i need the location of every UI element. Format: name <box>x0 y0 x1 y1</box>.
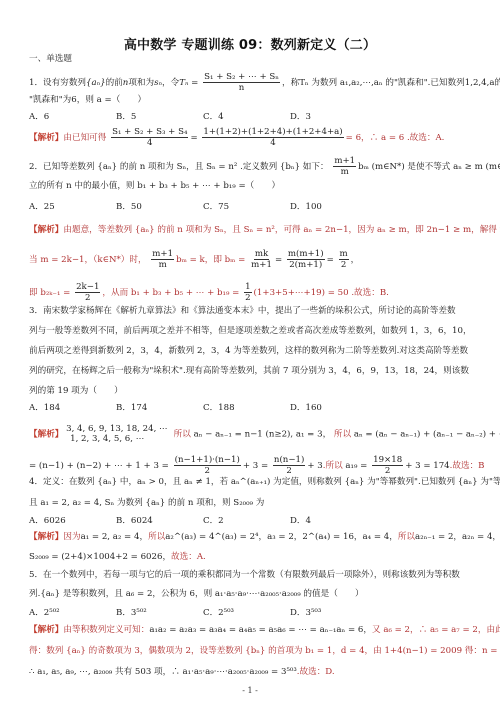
question-4-analysis-2: S₂₀₀₉ = (2+4)×1004+2 = 6026，故选：A. <box>29 551 480 563</box>
analysis-math: + 3 = <box>243 461 268 471</box>
analysis-math: a₁a₂ = a₂a₃ = a₃a₄ = a₄a₅ = a₅a₆ = ⋯ = a… <box>149 625 372 635</box>
q2-fraction: m+1m <box>333 156 356 177</box>
analysis-text: .所以 <box>323 461 343 471</box>
option-d: D．4 <box>290 514 377 526</box>
analysis-text: ，从而 b₁ + b₃ + b₅ + ⋯ + b₁₉ = <box>102 288 239 298</box>
analysis-text: 所以 <box>174 430 191 440</box>
analysis-text: .故选：B <box>450 461 485 471</box>
question-4-line-1: 4．定义：在数列 {aₙ} 中，aₙ > 0，且 aₙ ≠ 1，若 aₙ^(aₙ… <box>29 476 480 488</box>
option-a: A．6 <box>29 110 116 122</box>
analysis-text: 由已知可得 <box>63 133 106 143</box>
analysis-fraction: S₁ + S₂ + S₃ + S₄4 <box>111 127 188 148</box>
question-5-line-1: 5．在一个数列中，若每一项与它的后一项的乘积都同为一个常数（有限数列最后一项除外… <box>29 569 480 581</box>
option-c: C．75 <box>203 200 290 212</box>
option-a: A．2⁵⁰² <box>29 606 116 618</box>
analysis-fraction: m(m+1)2(m+1) <box>287 249 325 270</box>
option-a: A．184 <box>29 401 116 413</box>
option-c: C．2⁵⁰³ <box>203 606 290 618</box>
analysis-tag: 【解析】 <box>29 532 63 542</box>
q1-fraction: S₁ + S₂ + ⋯ + Sₙn <box>203 72 280 93</box>
q2-text: bₘ (m∈N*) 是使不等式 aₙ ≥ m (m∈N*) 成 <box>358 162 500 172</box>
analysis-text: (1+3+5+⋯+19) = 50 .故选：B. <box>254 288 389 298</box>
analysis-math: aₙ − aₙ₋₁ = n−1 (n≥2), a₁ = 3， <box>194 430 332 440</box>
analysis-math: = (n−1) + (n−2) + ⋯ + 1 + 3 = <box>29 461 169 471</box>
option-c: C．2 <box>203 514 290 526</box>
analysis-fraction: m2 <box>339 249 349 270</box>
question-5-analysis-3: ∴ a₁, a₅, a₉, ⋯, a₂₀₀₉ 共有 503 项，∴ a₁·a₅·… <box>29 666 480 678</box>
question-4-options: A．6026 B．6024 C．2 D．4 <box>29 514 469 526</box>
analysis-fraction: 19×182 <box>372 455 403 476</box>
q1-text: 1．设有穷数列 <box>29 78 86 88</box>
section-heading: 一、单选题 <box>29 52 72 64</box>
question-1-analysis: 【解析】由已知可得 S₁ + S₂ + S₃ + S₄4= 1+(1+2)+(1… <box>29 127 480 148</box>
analysis-tag: 【解析】 <box>29 225 63 235</box>
page-number: - 1 - <box>0 686 500 695</box>
q1-sn: sₙ <box>154 78 162 88</box>
option-a: A．25 <box>29 200 116 212</box>
q1-seq: {aₙ} <box>86 78 106 88</box>
option-b: B．5 <box>116 110 203 122</box>
option-a: A．6026 <box>29 514 116 526</box>
page-title: 高中数学 专题训练 09：数列新定义（二） <box>0 34 500 53</box>
q1-text: ，令 <box>162 78 179 88</box>
analysis-fraction: (n−1+1)·(n−1)2 <box>174 455 241 476</box>
q1-text: 项和为 <box>128 78 154 88</box>
analysis-text: 因为 <box>63 532 80 542</box>
option-b: B．3⁵⁰² <box>116 606 203 618</box>
q1-text: Tₙ 为数列 a₁,a₂,⋯,aₙ 的"凯森和".已知数列1,2,4,a的 <box>299 78 500 88</box>
analysis-text: bₘ = k，即 bₘ = <box>176 255 245 265</box>
option-c: C．4 <box>203 110 290 122</box>
analysis-math: a₂ₙ₋₁ = 2，a₂ₙ = 4，n∈N*， <box>415 532 500 542</box>
question-5-analysis-1: 【解析】由等积数列定义可知：a₁a₂ = a₂a₃ = a₃a₄ = a₄a₅ … <box>29 624 480 636</box>
analysis-text: = 6，∴ a = 6 .故选：A. <box>346 133 445 143</box>
question-2-options: A．25 B．50 C．75 D．100 <box>29 200 469 212</box>
option-d: D．100 <box>290 200 377 212</box>
analysis-text: 所以 <box>148 532 165 542</box>
analysis-math: + 3 <box>307 461 322 471</box>
analysis-math: + 3 = 174 <box>405 461 449 471</box>
document-page: 高中数学 专题训练 09：数列新定义（二） 一、单选题 1．设有穷数列{aₙ}的… <box>0 0 500 707</box>
analysis-fraction: mkm+1 <box>250 249 273 270</box>
analysis-fraction: 2k−12 <box>75 282 100 303</box>
analysis-text: 即 b₂ₖ₋₁ = <box>29 288 70 298</box>
analysis-fraction: 12 <box>244 282 251 303</box>
question-1-line-2: "凯森和"为6，则 a =（ ） <box>29 94 480 106</box>
question-5-analysis-2: 得：数列 {aₙ} 的奇数项为 3，偶数项为 2，设等差数列 {bₙ} 的首项为… <box>29 645 480 657</box>
question-4-analysis-1: 【解析】因为a₁ = 2, a₂ = 4，所以a₂^(a₃) = 4^(a₃) … <box>29 531 480 543</box>
analysis-text: .故选：D. <box>297 667 335 677</box>
question-2-line-2: 立的所有 n 中的最小值，则 b₁ + b₃ + b₅ + ⋯ + b₁₉ =（… <box>29 180 480 192</box>
question-3-line-5: 列的第 19 项为（ ） <box>29 385 480 397</box>
option-d: D．160 <box>290 401 377 413</box>
analysis-tag: 【解析】 <box>29 430 63 440</box>
question-1-line-1: 1．设有穷数列{aₙ}的前n项和为sₙ，令Tₙ = S₁ + S₂ + ⋯ + … <box>29 72 480 93</box>
question-3-line-1: 3．南宋数学家杨辉在《解析九章算法》和《算法通变本末》中，提出了一些新的垛积公式… <box>29 305 480 317</box>
question-3-line-4: 列的研究，在杨辉之后一般称为"垛积术".现有高阶等差数列，其前 7 项分别为 3… <box>29 365 480 377</box>
analysis-fraction: 1+(1+2)+(1+2+4)+(1+2+4+a)4 <box>202 127 343 148</box>
q1-tn: Tₙ = <box>179 78 198 88</box>
analysis-math: aₙ = (aₙ − aₙ₋₁) + (aₙ₋₁ − aₙ₋₂) + ⋯ + (… <box>354 430 500 440</box>
analysis-text: 所以 <box>398 532 415 542</box>
question-5-options: A．2⁵⁰² B．3⁵⁰² C．2⁵⁰³ D．3⁵⁰³ <box>29 606 469 618</box>
question-3-line-2: 列与一般等差数列不同，前后两项之差并不相等，但是逐项差数之差或者高次差成等差数列… <box>29 325 480 337</box>
analysis-math: a₁ = 2, a₂ = 4， <box>81 532 148 542</box>
option-d: D．3⁵⁰³ <box>290 606 377 618</box>
question-2-analysis-3: 即 b₂ₖ₋₁ = 2k−12，从而 b₁ + b₃ + b₅ + ⋯ + b₁… <box>29 282 480 303</box>
question-2-analysis-2: 当 m = 2k−1，（k∈N*）时， m+1mbₘ = k，即 bₘ = mk… <box>29 249 480 270</box>
question-4-line-2: 且 a₁ = 2, a₂ = 4, Sₙ 为数列 {aₙ} 的前 n 项和，则 … <box>29 497 480 509</box>
analysis-fraction: m+1m <box>151 249 174 270</box>
analysis-math: a₂^(a₃) = 4^(a₃) = 2⁴，a₃ = 2，2^(a₄) = 16… <box>165 532 398 542</box>
analysis-math: S₂₀₀₉ = (2+4)×1004+2 = 6026， <box>29 552 171 562</box>
option-c: C．188 <box>203 401 290 413</box>
analysis-tag: 【解析】 <box>29 133 63 143</box>
analysis-text: 所以 <box>334 430 351 440</box>
question-5-line-2: 列.{aₙ} 是等积数列，且 a₆ = 2，公积为 6，则 a₁·a₅·a₉·⋯… <box>29 588 480 600</box>
question-2-analysis-1: 【解析】由题意，等差数列 {aₙ} 的前 n 项和为 Sₙ，且 Sₙ = n²，… <box>29 219 480 240</box>
analysis-text: 由等积数列定义可知： <box>63 625 149 635</box>
question-3-analysis-1: 【解析】 3, 4, 6, 9, 13, 18, 24, ⋯1, 2, 3, 4… <box>29 424 480 444</box>
question-1-options: A．6 B．5 C．4 D．3 <box>29 110 469 122</box>
analysis-text: 当 m = 2k−1，（k∈N*）时， <box>29 255 147 265</box>
analysis-text: 由题意，等差数列 {aₙ} 的前 n 项和为 Sₙ，且 Sₙ = n²，可得 a… <box>63 225 500 235</box>
question-2-line-1: 2．已知等差数列 {aₙ} 的前 n 项和为 Sₙ，且 Sₙ = n² .定义数… <box>29 156 480 177</box>
question-3-analysis-2: = (n−1) + (n−2) + ⋯ + 1 + 3 = (n−1+1)·(n… <box>29 455 480 476</box>
analysis-text: 又 a₆ = 2，∴ a₅ = a₇ = 2，由此推导可 <box>372 625 500 635</box>
analysis-math: a₁₉ = <box>345 461 367 471</box>
option-b: B．6024 <box>116 514 203 526</box>
q2-text: 2．已知等差数列 {aₙ} 的前 n 项和为 Sₙ，且 Sₙ = n² .定义数… <box>29 162 329 172</box>
analysis-fraction: n(n−1)2 <box>273 455 305 476</box>
q1-text: ，称 <box>282 78 299 88</box>
option-d: D．3 <box>290 110 377 122</box>
q1-text: 的前 <box>106 78 123 88</box>
question-3-options: A．184 B．174 C．188 D．160 <box>29 401 469 413</box>
analysis-math: ∴ a₁, a₅, a₉, ⋯, a₂₀₀₉ 共有 503 项，∴ a₁·a₅·… <box>29 667 297 677</box>
option-b: B．50 <box>116 200 203 212</box>
analysis-text: 故选：A. <box>171 552 206 562</box>
question-3-line-3: 前后两项之差得到新数列 2，3，4，新数列 2，3，4 为等差数列，这样的数列称… <box>29 345 480 357</box>
option-b: B．174 <box>116 401 203 413</box>
analysis-tag: 【解析】 <box>29 625 63 635</box>
sequence-difference-table: 3, 4, 6, 9, 13, 18, 24, ⋯1, 2, 3, 4, 5, … <box>66 424 168 444</box>
